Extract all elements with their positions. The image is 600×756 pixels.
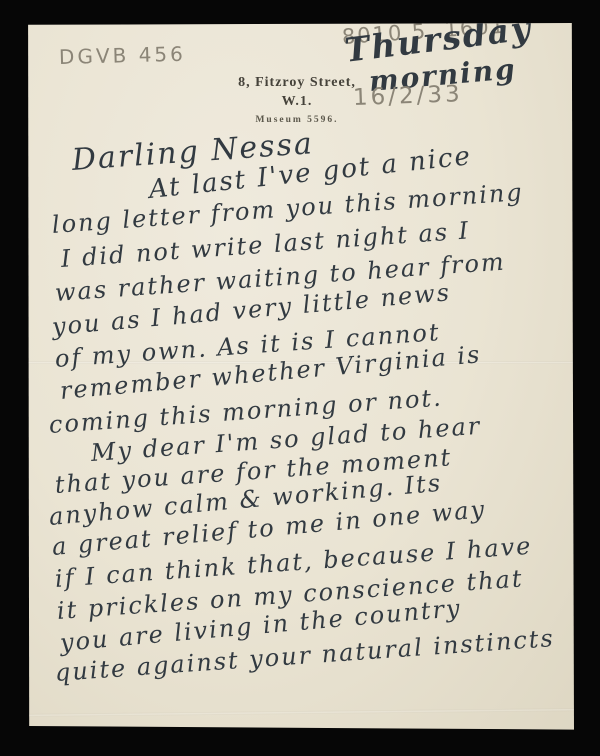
letterhead-address: 8, Fitzroy Street, — [207, 75, 387, 91]
letterhead-district: W.1. — [207, 94, 387, 110]
pencil-collection-mark: DGVB 456 — [59, 42, 186, 69]
letter-paper: DGVB 456 8010 5. 1601 Thursday morning 1… — [27, 23, 574, 731]
fold-crease — [27, 708, 574, 717]
printed-letterhead: 8, Fitzroy Street, W.1. Museum 5596. — [207, 75, 387, 125]
letterhead-telephone: Museum 5596. — [207, 115, 387, 125]
photo-background: DGVB 456 8010 5. 1601 Thursday morning 1… — [0, 0, 600, 756]
